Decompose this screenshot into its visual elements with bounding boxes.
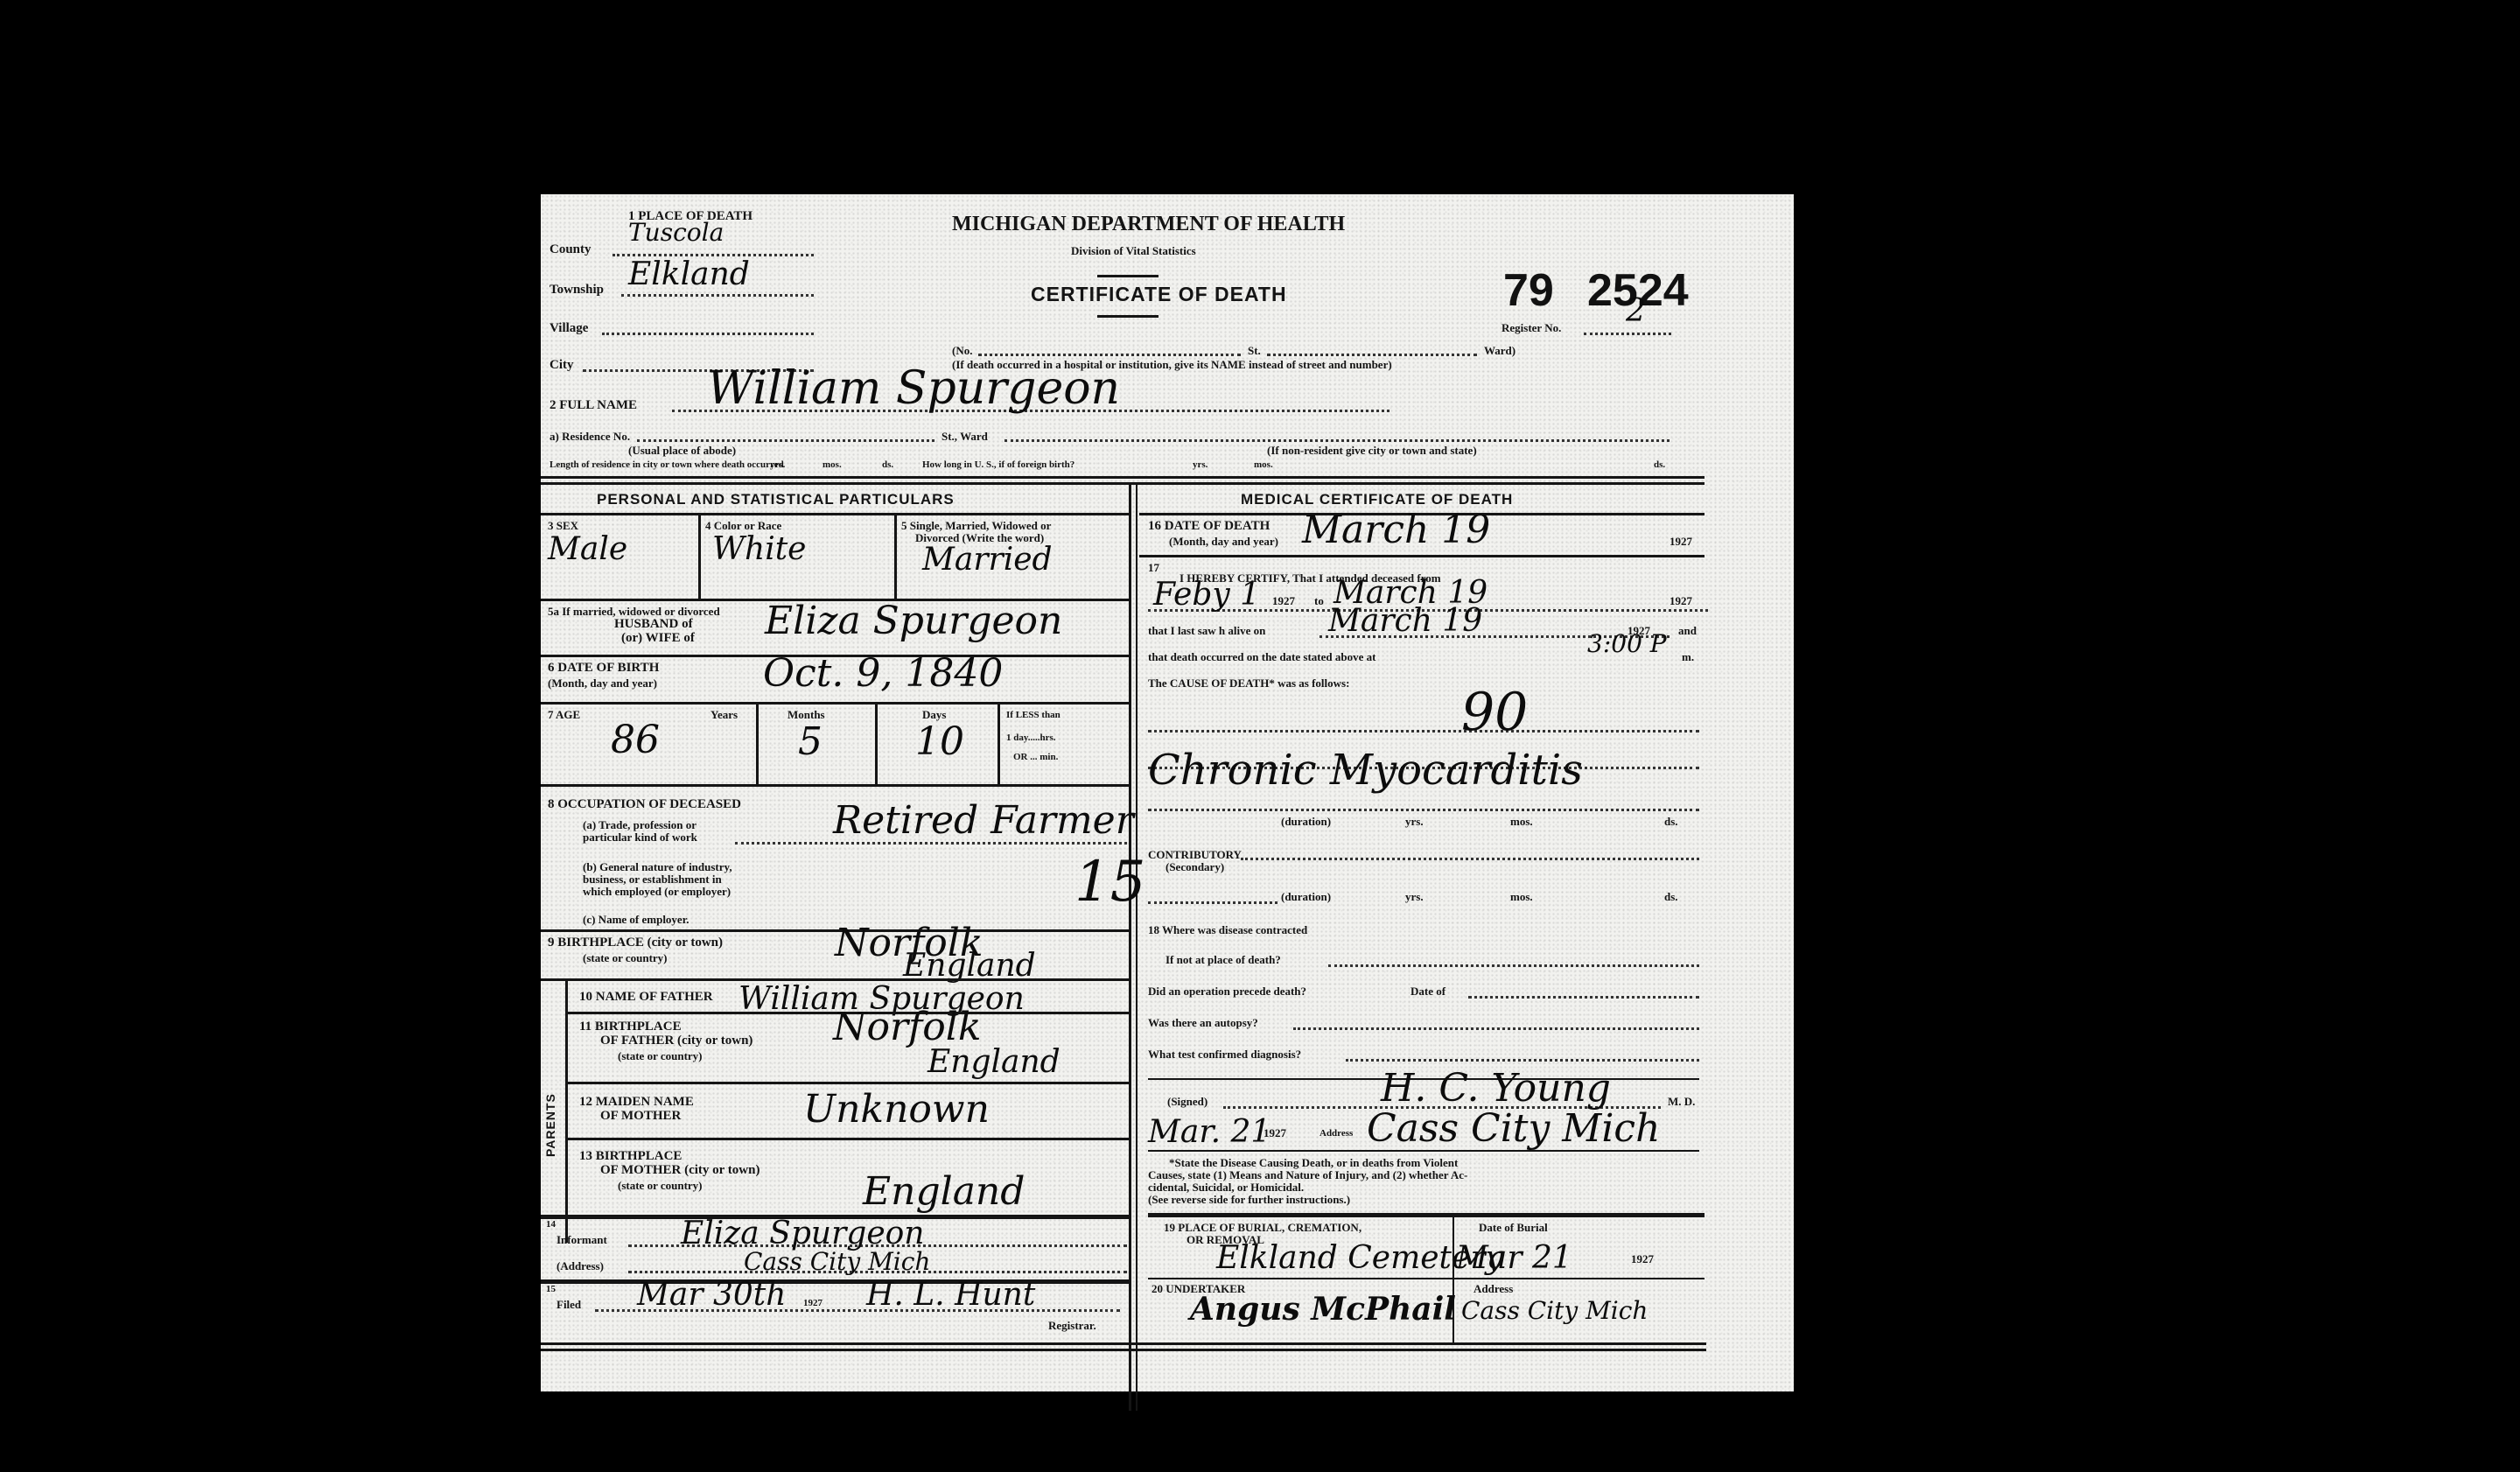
informant-label: Informant bbox=[556, 1234, 607, 1246]
full-name-value: William Spurgeon bbox=[707, 366, 1120, 411]
father-name-label: 10 NAME OF FATHER bbox=[579, 991, 713, 1005]
age-months-value: 5 bbox=[798, 723, 822, 761]
signed-value: H. C. Young bbox=[1381, 1069, 1611, 1108]
last-saw-value: March 19 bbox=[1328, 606, 1482, 637]
dod-rule bbox=[1139, 555, 1704, 557]
personal-title-rule bbox=[541, 513, 1129, 515]
dod-sublabel: (Month, day and year) bbox=[1169, 536, 1278, 548]
age-years-value: 86 bbox=[611, 721, 660, 760]
column-divider-inner bbox=[1136, 483, 1137, 1411]
father-bp-label-2: OF FATHER (city or town) bbox=[600, 1034, 752, 1048]
age-days-value: 10 bbox=[915, 723, 964, 761]
md-address-value: Cass City Mich bbox=[1367, 1110, 1660, 1148]
years-label: Years bbox=[710, 709, 738, 721]
filed-num: 15 bbox=[546, 1285, 556, 1295]
row-rule-9 bbox=[567, 1138, 1129, 1140]
personal-section-title: PERSONAL AND STATISTICAL PARTICULARS bbox=[597, 492, 955, 508]
row-rule-8 bbox=[567, 1082, 1129, 1084]
father-bp-city: Norfolk bbox=[833, 1008, 982, 1047]
division-name: Division of Vital Statistics bbox=[1071, 245, 1196, 257]
occ-b-label-1: (b) General nature of industry, bbox=[583, 861, 732, 873]
row-rule-3 bbox=[541, 702, 1129, 704]
father-bp-label-3: (state or country) bbox=[618, 1050, 703, 1062]
birthplace-sublabel: (state or country) bbox=[583, 952, 668, 964]
cause-value: Chronic Myocarditis bbox=[1148, 749, 1583, 791]
duration-mos-2: mos. bbox=[1510, 891, 1533, 903]
signed-label: (Signed) bbox=[1167, 1096, 1207, 1108]
footnote-3: cidental, Suicidal, or Homicidal. bbox=[1148, 1181, 1304, 1194]
sex-divider bbox=[698, 515, 701, 599]
registrar-signature: H. L. Hunt bbox=[866, 1279, 1035, 1311]
occ-a-label-1: (a) Trade, profession or bbox=[583, 819, 696, 831]
burial-date-label: Date of Burial bbox=[1479, 1222, 1548, 1234]
duration-label-2: (duration) bbox=[1281, 891, 1331, 903]
md-address-label: Address bbox=[1319, 1129, 1353, 1139]
length-yrs: yrs. bbox=[770, 460, 785, 471]
occ-b-label-3: which employed (or employer) bbox=[583, 886, 731, 898]
filed-value: Mar 30th bbox=[637, 1279, 786, 1311]
time-value: 3:00 P bbox=[1587, 632, 1667, 656]
color-label: 4 Color or Race bbox=[705, 520, 781, 532]
spouse-label-3: (or) WIFE of bbox=[621, 632, 695, 646]
less-or-label: OR ... min. bbox=[1013, 753, 1058, 763]
length-residence-label: Length of residence in city or town wher… bbox=[549, 460, 784, 471]
less-day-label: 1 day.....hrs. bbox=[1006, 733, 1056, 744]
duration-label-1: (duration) bbox=[1281, 816, 1331, 828]
attended-from-value: Feby 1 bbox=[1153, 579, 1260, 611]
title-rule-top bbox=[1097, 275, 1158, 277]
mother-name-value: Unknown bbox=[803, 1090, 990, 1129]
sign-year: 1927 bbox=[1263, 1127, 1286, 1139]
not-at-place-label: If not at place of death? bbox=[1165, 954, 1281, 966]
street-no-label: (No. bbox=[952, 345, 972, 357]
mother-name-label-2: OF MOTHER bbox=[600, 1110, 681, 1124]
cause-line-3 bbox=[1148, 809, 1699, 811]
last-saw-text: that I last saw h alive on bbox=[1148, 625, 1265, 637]
row-rule-4 bbox=[541, 784, 1129, 787]
operation-label: Did an operation precede death? bbox=[1148, 985, 1306, 998]
certificate-title: CERTIFICATE OF DEATH bbox=[1031, 284, 1287, 305]
column-divider bbox=[1129, 483, 1131, 1411]
dod-label: 16 DATE OF DEATH bbox=[1148, 520, 1270, 534]
spouse-label-1: 5a If married, widowed or divorced bbox=[548, 606, 720, 618]
code-mark: 90 bbox=[1461, 686, 1528, 739]
street-label: St. bbox=[1248, 345, 1261, 357]
register-no-label: Register No. bbox=[1501, 322, 1561, 334]
street-no-line bbox=[978, 354, 1241, 356]
township-label: Township bbox=[549, 284, 604, 298]
margin-mark: 15 bbox=[1074, 854, 1145, 910]
date-of-label: Date of bbox=[1410, 985, 1445, 998]
burial-date-year: 1927 bbox=[1631, 1253, 1654, 1265]
length-mos: mos. bbox=[822, 460, 842, 471]
st-ward-line bbox=[1004, 439, 1669, 442]
residence-label: a) Residence No. bbox=[549, 431, 630, 443]
st-ward-label: St., Ward bbox=[941, 431, 988, 443]
mother-name-label-1: 12 MAIDEN NAME bbox=[579, 1096, 694, 1110]
title-rule-bottom bbox=[1097, 315, 1158, 318]
occurred-text: that death occurred on the date stated a… bbox=[1148, 651, 1375, 663]
contributory-line bbox=[1241, 858, 1699, 860]
duration-yrs-2: yrs. bbox=[1405, 891, 1424, 903]
marital-label-1: 5 Single, Married, Widowed or bbox=[901, 520, 1051, 532]
days-divider bbox=[997, 704, 1000, 784]
parents-side-label: PARENTS bbox=[544, 1093, 557, 1157]
duration-yrs-1: yrs. bbox=[1405, 816, 1424, 828]
mother-bp-label-2: OF MOTHER (city or town) bbox=[600, 1164, 759, 1178]
medical-section-title: MEDICAL CERTIFICATE OF DEATH bbox=[1241, 492, 1513, 508]
register-no-value: 2 bbox=[1626, 296, 1646, 327]
spouse-label-2: HUSBAND of bbox=[614, 618, 693, 632]
date-of-line bbox=[1468, 996, 1699, 999]
header-divider bbox=[541, 476, 1704, 485]
dod-value: March 19 bbox=[1302, 511, 1490, 550]
sex-value: Male bbox=[548, 534, 627, 565]
row-rule-11 bbox=[541, 1279, 1129, 1284]
street-line bbox=[1267, 354, 1477, 356]
footnote-1: *State the Disease Causing Death, or in … bbox=[1169, 1157, 1458, 1169]
department-name: MICHIGAN DEPARTMENT OF HEALTH bbox=[952, 214, 1345, 235]
dob-label: 6 DATE OF BIRTH bbox=[548, 662, 659, 676]
autopsy-line bbox=[1293, 1027, 1699, 1030]
and-label: and bbox=[1678, 625, 1697, 637]
m-label: m. bbox=[1682, 651, 1694, 663]
to-label: to bbox=[1314, 595, 1324, 607]
mother-bp-label-3: (state or country) bbox=[618, 1180, 703, 1192]
township-line bbox=[621, 294, 814, 297]
informant-address-label: (Address) bbox=[556, 1260, 604, 1272]
sign-date: Mar. 21 bbox=[1148, 1117, 1270, 1148]
residence-line bbox=[637, 439, 934, 442]
ward-label: Ward) bbox=[1484, 345, 1515, 357]
not-at-place-line bbox=[1328, 964, 1699, 967]
death-certificate: 1 PLACE OF DEATH County Tuscola Township… bbox=[541, 194, 1794, 1391]
certify-num: 17 bbox=[1148, 562, 1159, 574]
county-value: Tuscola bbox=[628, 221, 724, 245]
attended-to-year: 1927 bbox=[1669, 595, 1692, 607]
test-line bbox=[1346, 1059, 1699, 1062]
autopsy-label: Was there an autopsy? bbox=[1148, 1017, 1258, 1029]
duration-mos-1: mos. bbox=[1510, 816, 1533, 828]
parents-divider bbox=[565, 980, 568, 1243]
us-ds: ds. bbox=[1654, 460, 1665, 471]
less-than-label: If LESS than bbox=[1006, 711, 1060, 721]
birthplace-label: 9 BIRTHPLACE (city or town) bbox=[548, 936, 723, 950]
father-bp-label-1: 11 BIRTHPLACE bbox=[579, 1020, 682, 1034]
dob-value: Oct. 9, 1840 bbox=[763, 655, 1003, 693]
attended-from-year: 1927 bbox=[1272, 595, 1295, 607]
birthplace-country: England bbox=[903, 950, 1036, 982]
us-length-label: How long in U. S., if of foreign birth? bbox=[922, 460, 1074, 471]
village-line bbox=[602, 333, 814, 335]
cause-label: The CAUSE OF DEATH* was as follows: bbox=[1148, 677, 1349, 690]
mother-bp-value: England bbox=[863, 1173, 1025, 1211]
us-yrs: yrs. bbox=[1193, 460, 1207, 471]
contributory-label: CONTRIBUTORY bbox=[1148, 849, 1242, 861]
undertaker-address-label: Address bbox=[1473, 1283, 1513, 1295]
sign-rule bbox=[1148, 1150, 1699, 1152]
us-mos: mos. bbox=[1254, 460, 1273, 471]
full-name-label: 2 FULL NAME bbox=[549, 399, 637, 413]
months-divider bbox=[875, 704, 878, 784]
filed-year: 1927 bbox=[803, 1299, 822, 1309]
father-bp-country: England bbox=[927, 1047, 1060, 1078]
contracted-label: 18 Where was disease contracted bbox=[1148, 924, 1307, 936]
occupation-label: 8 OCCUPATION OF DECEASED bbox=[548, 798, 741, 812]
footer-divider bbox=[541, 1342, 1706, 1351]
certificate-number-prefix: 79 bbox=[1503, 264, 1554, 317]
township-value: Elkland bbox=[628, 259, 750, 291]
age-label: 7 AGE bbox=[548, 709, 580, 721]
mother-bp-label-1: 13 BIRTHPLACE bbox=[579, 1150, 682, 1164]
duration-ds-1: ds. bbox=[1664, 816, 1678, 828]
test-label: What test confirmed diagnosis? bbox=[1148, 1048, 1301, 1061]
register-line bbox=[1584, 333, 1671, 335]
sex-label: 3 SEX bbox=[548, 520, 578, 532]
registrar-label: Registrar. bbox=[1048, 1320, 1096, 1332]
secondary-label: (Secondary) bbox=[1165, 861, 1224, 873]
color-divider bbox=[894, 515, 897, 599]
cause-line-1 bbox=[1148, 730, 1699, 732]
footnote-4: (See reverse side for further instructio… bbox=[1148, 1194, 1350, 1206]
village-label: Village bbox=[549, 322, 588, 336]
city-label: City bbox=[549, 359, 574, 373]
footnote-2: Causes, state (1) Means and Nature of In… bbox=[1148, 1169, 1467, 1181]
md-label: M. D. bbox=[1668, 1096, 1695, 1108]
dod-year: 1927 bbox=[1669, 536, 1692, 548]
residence-sublabel: (Usual place of abode) bbox=[628, 445, 736, 457]
county-label: County bbox=[549, 243, 591, 257]
undertaker-value: Angus McPhail bbox=[1190, 1293, 1456, 1325]
filed-label: Filed bbox=[556, 1299, 581, 1311]
occ-a-value: Retired Farmer bbox=[833, 802, 1134, 840]
occ-c-label: (c) Name of employer. bbox=[583, 914, 689, 926]
burial-place-label-1: 19 PLACE OF BURIAL, CREMATION, bbox=[1164, 1222, 1361, 1234]
occ-a-label-2: particular kind of work bbox=[583, 831, 697, 844]
duration-ds-2: ds. bbox=[1664, 891, 1678, 903]
marital-value: Married bbox=[922, 544, 1053, 576]
informant-value: Eliza Spurgeon bbox=[681, 1218, 925, 1250]
dob-sublabel: (Month, day and year) bbox=[548, 677, 657, 690]
burial-mid-rule bbox=[1148, 1278, 1704, 1279]
burial-top-rule bbox=[1148, 1213, 1704, 1217]
undertaker-address-value: Cass City Mich bbox=[1461, 1299, 1648, 1323]
occ-b-label-2: business, or establishment in bbox=[583, 873, 722, 886]
nonresident-note: (If non-resident give city or town and s… bbox=[1267, 445, 1477, 457]
contributory-line-2 bbox=[1148, 901, 1277, 904]
informant-address-value: Cass City Mich bbox=[744, 1250, 930, 1274]
informant-num: 14 bbox=[546, 1220, 556, 1230]
years-divider bbox=[756, 704, 759, 784]
spouse-value: Eliza Spurgeon bbox=[765, 602, 1062, 641]
burial-date-value: Mar 21 bbox=[1456, 1243, 1572, 1274]
color-value: White bbox=[712, 534, 806, 565]
length-ds: ds. bbox=[882, 460, 893, 471]
